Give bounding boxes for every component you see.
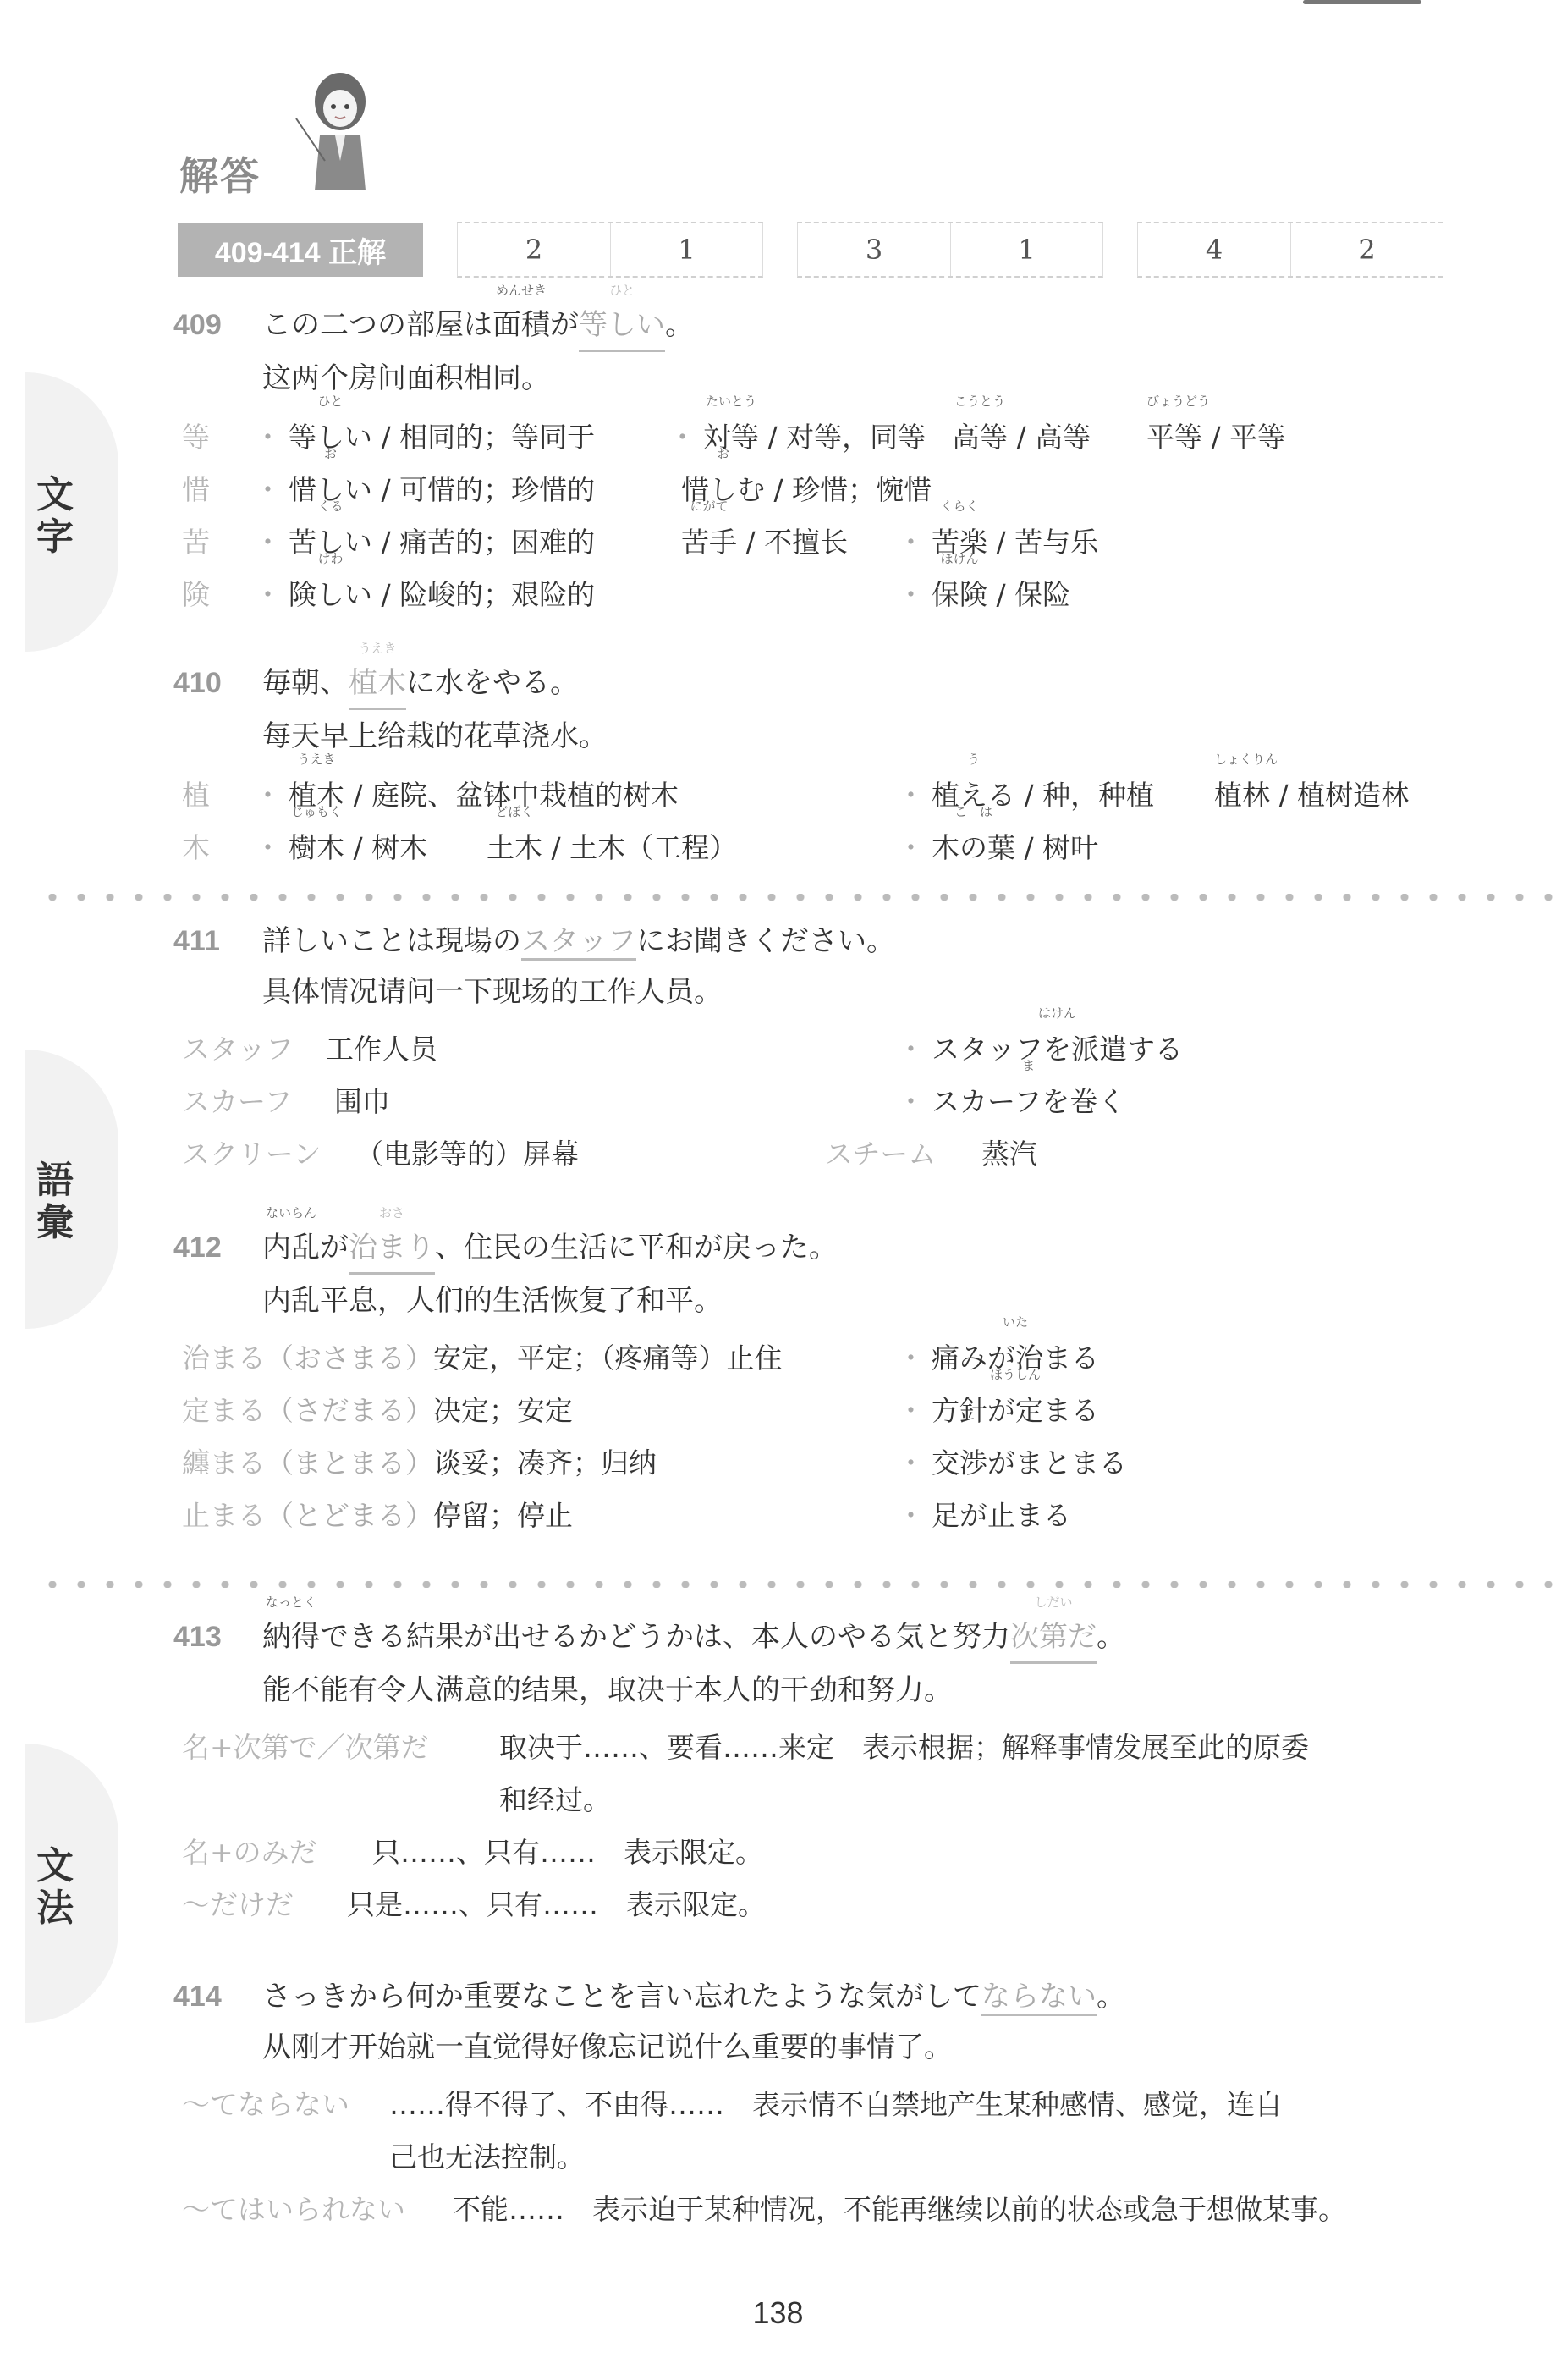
target-word: ひと等しい xyxy=(579,300,665,352)
teacher-mascot-icon xyxy=(288,68,381,195)
question-414: 414 さっきから何か重要なことを言い忘れたような気がしてならない。 从刚才开始… xyxy=(173,1972,1476,2236)
question-number: 409 xyxy=(173,300,262,350)
section-title: 解答 xyxy=(179,146,261,201)
vocab-row: 止まる（とどまる）停留；停止 ・足が止まる xyxy=(173,1490,1476,1542)
grammar-row: ～だけだ 只是……、只有…… 表示限定。 xyxy=(173,1879,1476,1931)
page-number: 138 xyxy=(0,2295,1556,2331)
vocab-row: 纏まる（まとまる）谈妥；凑齐；归纳 ・交渉がまとまる xyxy=(173,1437,1476,1490)
question-sentence: この二つの部屋はめんせき面積がひと等しい。 xyxy=(262,300,694,352)
question-412: 412 ないらん内乱がおさ治まり、住民の生活に平和が戻った。 内乱平息，人们的生… xyxy=(173,1223,1476,1542)
vocab-row: 定まる（さだまる）决定；安定 ・ほうしん方針が定まる xyxy=(173,1385,1476,1437)
question-409: 409 この二つの部屋はめんせき面積がひと等しい。 这两个房间面积相同。 等 ・… xyxy=(173,300,1476,621)
side-tab-goi: 語彙 xyxy=(34,1160,76,1244)
vocab-row: スクリーン （电影等的）屏幕 スチーム 蒸汽 xyxy=(173,1128,1476,1181)
answer-414: 2 xyxy=(1290,223,1443,276)
kanji-row: 木 ・じゅもく樹木 / 树木 どぼく土木 / 土木（工程） ・こ は木の葉 / … xyxy=(173,822,1476,874)
side-tab-moji: 文字 xyxy=(34,474,76,559)
answer-412: 1 xyxy=(950,223,1102,276)
answer-409: 2 xyxy=(458,223,610,276)
vocab-row: スカーフ 围巾 ・まスカーフを巻く xyxy=(173,1076,1476,1128)
answer-group-3: 4 2 xyxy=(1137,222,1443,278)
side-tab-bunpo: 文法 xyxy=(34,1845,76,1930)
answer-group-1: 2 1 xyxy=(457,222,763,278)
answer-413: 4 xyxy=(1138,223,1290,276)
question-411: 411 詳しいことは現場のスタッフにお聞きください。 具体情况请问一下现场的工作… xyxy=(173,917,1476,1181)
section-divider xyxy=(38,894,1556,901)
translation: 每天早上给栽的花草浇水。 xyxy=(173,710,1476,763)
grammar-row: ～てはいられない 不能…… 表示迫于某种情况，不能再继续以前的状态或急于想做某事… xyxy=(173,2184,1476,2236)
answer-key-bar: 409-414 正解 2 1 3 1 4 2 xyxy=(178,222,1443,278)
answer-411: 3 xyxy=(798,223,950,276)
grammar-row: 名+次第で／次第だ 取决于……、要看……来定 表示根据；解释事情发展至此的原委 xyxy=(173,1722,1476,1774)
vocab-row: スタッフ 工作人员 ・はけんスタッフを派遣する xyxy=(173,1023,1476,1076)
section-divider xyxy=(38,1581,1556,1588)
kanji-row: 植 ・うえき植木 / 庭院、盆钵中栽植的树木 ・う植える / 种，种植 しょくり… xyxy=(173,769,1476,822)
question-410: 410 毎朝、うえき植木に水をやる。 每天早上给栽的花草浇水。 植 ・うえき植木… xyxy=(173,658,1476,874)
grammar-row: 名+のみだ 只……、只有…… 表示限定。 xyxy=(173,1826,1476,1879)
kanji-row: 険 ・けわ険しい / 险峻的；艰险的 ・ほけん保険 / 保险 xyxy=(173,569,1476,621)
grammar-row: ～てならない ……得不得了、不由得…… 表示情不自禁地产生某种感情、感觉，连自 xyxy=(173,2079,1476,2131)
answer-group-2: 3 1 xyxy=(797,222,1103,278)
page-edge-mark xyxy=(1303,0,1421,4)
question-413: 413 なっとく納得できる結果が出せるかどうかは、本人のやる気と努力しだい次第だ… xyxy=(173,1612,1476,1931)
answer-key-label: 409-414 正解 xyxy=(178,223,423,277)
answer-410: 1 xyxy=(610,223,762,276)
vocab-row: 治まる（おさまる）安定，平定；（疼痛等）止住 ・いた痛みが治まる xyxy=(173,1332,1476,1385)
